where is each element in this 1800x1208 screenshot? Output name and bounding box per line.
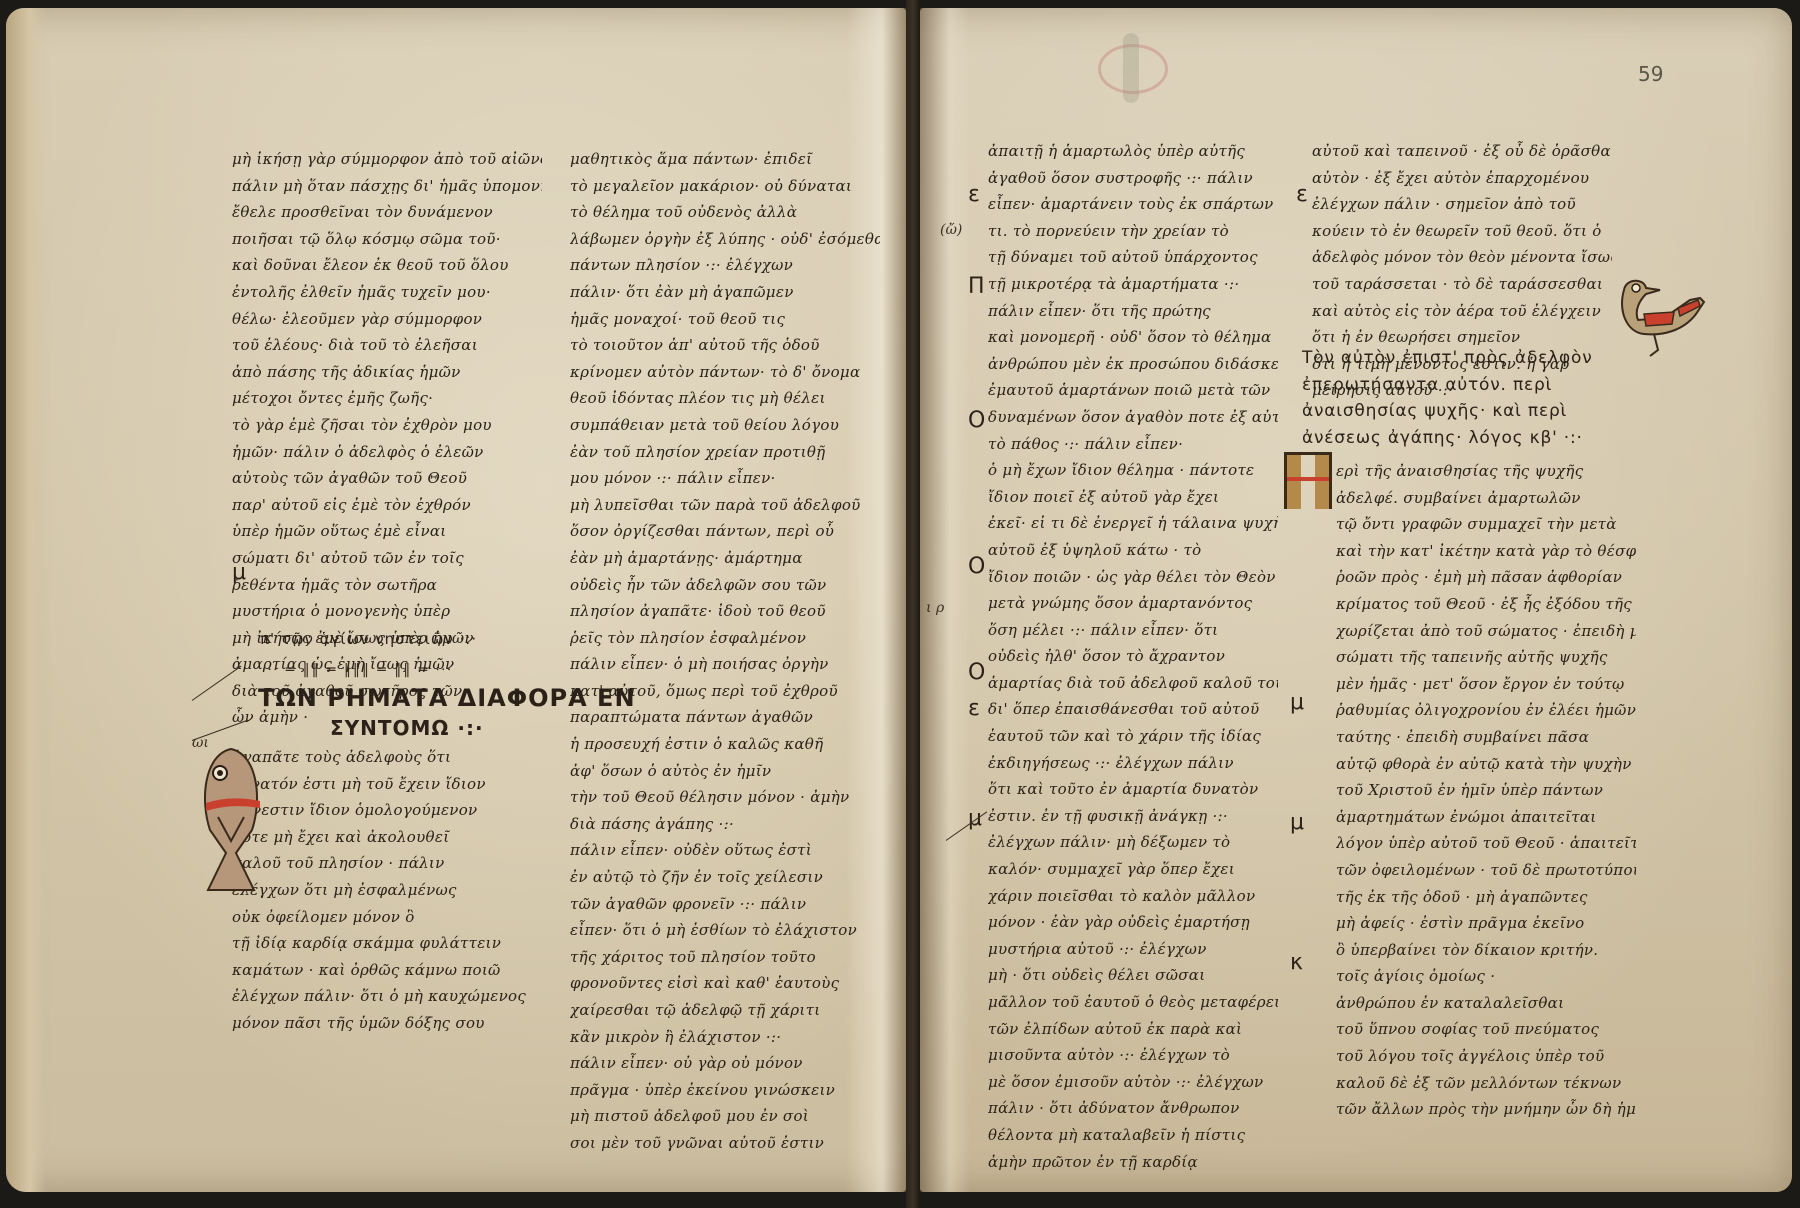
text-line: κἂν μικρὸν ἢ ἐλάχιστον ·:· <box>570 1024 880 1051</box>
text-line: σοι μὲν τοῦ γνῶναι αὐτοῦ ἐστιν <box>570 1130 880 1157</box>
text-line: τῶν ἄλλων πρὸς τὴν μνήμην ὧν δὴ ἡμῖν <box>1336 1096 1636 1123</box>
text-line: πρᾶγμα · ὑπὲρ ἐκείνου γινώσκειν <box>570 1077 880 1104</box>
text-line: ἀγαπᾶτε τοὺς ἀδελφοὺς ὅτι <box>232 744 542 771</box>
text-line: μὴ ἀφείς · ἐστὶν πρᾶγμα ἐκεῖνο <box>1336 910 1636 937</box>
text-line: ἴδιον ποιῶν · ὡς γὰρ θέλει τὸν Θεὸν <box>988 564 1278 591</box>
text-line: μὴ λυπεῖσθαι τῶν παρὰ τοῦ ἀδελφοῦ <box>570 492 880 519</box>
text-line: κούειν τὸ ἐν θεωρεῖν τοῦ θεοῦ. ὅτι ὁ <box>1312 218 1612 245</box>
text-line: ἐν αὐτῷ τὸ ζῆν ἐν τοῖς χείλεσιν <box>570 864 880 891</box>
text-line: φρονοῦντες εἰσὶ καὶ καθ' ἑαυτοὺς <box>570 970 880 997</box>
text-line: τὸ πάθος ·:· πάλιν εἶπεν· <box>988 431 1278 458</box>
text-line: συνεστιν ἴδιον ὁμολογούμενον <box>232 797 542 824</box>
text-line: τῇ ἰδίᾳ καρδίᾳ σκάμμα φυλάττειν <box>232 930 542 957</box>
text-line: πάλιν εἶπεν· ὁ μὴ ποιήσας ὀργὴν <box>570 651 880 678</box>
text-line: μυστήρια ὁ μονογενὴς ὑπὲρ <box>232 598 542 625</box>
text-line: ὅσον ὀργίζεσθαι πάντων, περὶ οὗ <box>570 518 880 545</box>
margin-note: ι ρ <box>926 600 944 616</box>
text-line: μισοῦντα αὐτὸν ·:· ἐλέγχων τὸ <box>988 1042 1278 1069</box>
text-line: θέλοντα μὴ καταλαβεῖν ἡ πίστις <box>988 1122 1278 1149</box>
text-line: ἁμαρτίας διὰ τοῦ ἀδελφοῦ καλοῦ τοῦ <box>988 670 1278 697</box>
text-line: μὲ ὅσον ἐμισοῦν αὐτὸν ·:· ἐλέγχων <box>988 1069 1278 1096</box>
text-line: ἴδιον ποιεῖ ἐξ αὐτοῦ γὰρ ἔχει <box>988 484 1278 511</box>
text-line: καλόν· συμμαχεῖ γὰρ ὅπερ ἔχει <box>988 856 1278 883</box>
text-line: κρίνομεν αὐτὸν πάντων· τὸ δ' ὄνομα <box>570 359 880 386</box>
text-line: αὐτοῦ ἐξ ὑψηλοῦ κάτω · τὸ <box>988 537 1278 564</box>
text-line: ἡμῶν· πάλιν ὁ ἀδελφὸς ὁ ἐλεῶν <box>232 439 542 466</box>
section-heading-continued: ΣΥΝΤΟΜΩ ·:· <box>330 716 484 740</box>
text-line: καλοῦ τοῦ πλησίον · πάλιν <box>232 850 542 877</box>
text-line: ὅτι καὶ τοῦτο ἐν ἀμαρτία δυνατὸν <box>988 776 1278 803</box>
text-line: ὅση μέλει ·:· πάλιν εἶπεν· ὅτι <box>988 617 1278 644</box>
text-line: καὶ δοῦναι ἔλεον ἐκ θεοῦ τοῦ ὅλου <box>232 252 542 279</box>
text-line: ἐλέγχων ὅτι μὴ ἐσφαλμένως <box>232 877 542 904</box>
text-line: καὶ μονομερῆ · οὐδ' ὅσον τὸ θέλημα <box>988 324 1278 351</box>
text-line: ῥαθυμίας ὀλιγοχρονίου ἐν ἐλέει ἡμῶν <box>1336 697 1636 724</box>
text-line: πάλιν εἶπεν· ὅτι τῆς πρώτης <box>988 298 1278 325</box>
text-line: ἀνθρώπου ἐν καταλαλεῖσθαι <box>1336 990 1636 1017</box>
text-line: μυστήρια αὐτοῦ ·:· ἐλέγχων <box>988 936 1278 963</box>
heading-line: ἐπερωτήσαντα αὐτόν. περὶ <box>1302 372 1612 399</box>
text-line: τῶν ὀφειλομένων · τοῦ δὲ πρωτοτύπου <box>1336 857 1636 884</box>
text-line: πλησίον ἀγαπᾶτε· ἰδοὺ τοῦ θεοῦ <box>570 598 880 625</box>
text-line: αὐτῷ φθορὰ ἐν αὐτῷ κατὰ τὴν ψυχὴν <box>1336 751 1636 778</box>
text-line: τῶν ἐλπίδων αὐτοῦ ἐκ παρὰ καὶ <box>988 1016 1278 1043</box>
text-line: παρ' αὐτοῦ εἰς ἐμὲ τὸν ἐχθρόν <box>232 492 542 519</box>
text-line: καμάτων · καὶ ὀρθῶς κάμνω ποιῶ <box>232 957 542 984</box>
text-line: χάριν ποιεῖσθαι τὸ καλὸν μᾶλλον <box>988 883 1278 910</box>
text-line: καὶ αὐτὸς εἰς τὸν ἀέρα τοῦ ἐλέγχειν <box>1312 298 1612 325</box>
rubric-line: π' τῶν ἁγίων νηστειῶν ·:· <box>260 630 477 648</box>
margin-initial: κ <box>1290 950 1303 975</box>
text-line: ἔθελε προσθεῖναι τὸν δυνάμενον <box>232 199 542 226</box>
text-line: πάλιν εἶπεν· οὐ γὰρ οὐ μόνον <box>570 1050 880 1077</box>
folio-number: 59 <box>1638 62 1663 86</box>
text-line: ῥεθέντα ἡμᾶς τὸν σωτῆρα <box>232 572 542 599</box>
text-line: ποτε μὴ ἔχει καὶ ἀκολουθεῖ <box>232 824 542 851</box>
text-line: ὑπὲρ ἡμῶν οὕτως ἐμὲ εἶναι <box>232 518 542 545</box>
bird-drawing-icon <box>1604 270 1724 360</box>
text-line: μετὰ γνώμης ὅσον ἀμαρτανόντος <box>988 590 1278 617</box>
text-line: ἡμᾶς μοναχοί· τοῦ θεοῦ τις <box>570 306 880 333</box>
text-line: τὸ μεγαλεῖον μακάριον· οὐ δύναται <box>570 173 880 200</box>
right-column-2-continued: ερὶ τῆς ἀναισθησίας τῆς ψυχῆςἀδελφέ. συμ… <box>1336 458 1636 1123</box>
heading-line: ἀναισθησίας ψυχῆς· καὶ περὶ <box>1302 398 1612 425</box>
text-line: λόγον ὑπὲρ αὐτοῦ τοῦ Θεοῦ · ἀπαιτεῖται <box>1336 830 1636 857</box>
heading-line: Τὸν αὐτὸν ἐπιστ' πρὸς ἀδελφὸν <box>1302 345 1612 372</box>
text-line: τοῦ ἐλέους· διὰ τοῦ τὸ ἐλεῆσαι <box>232 332 542 359</box>
text-line: αὐτοὺς τῶν ἀγαθῶν τοῦ Θεοῦ <box>232 465 542 492</box>
text-line: ἀφ' ὅσων ὁ αὐτὸς ἐν ἡμῖν <box>570 758 880 785</box>
text-line: ἐλέγχων πάλιν · σημεῖον ἀπὸ τοῦ <box>1312 191 1612 218</box>
margin-initial: Ο <box>968 408 985 433</box>
book-spine <box>906 0 920 1208</box>
text-line: πάντων πλησίον ·:· ἐλέγχων <box>570 252 880 279</box>
heading-line: ἀνέσεως ἀγάπης· λόγος κβ' ·:· <box>1302 425 1612 452</box>
text-line: τῆς χάριτος τοῦ πλησίον τοῦτο <box>570 944 880 971</box>
text-line: ἐκδιηγήσεως ·:· ἐλέγχων πάλιν <box>988 750 1278 777</box>
text-line: μὴ · ὅτι οὐδεὶς θέλει σῶσαι <box>988 962 1278 989</box>
text-line: τοῦ ὕπνου σοφίας τοῦ πνεύματος <box>1336 1016 1636 1043</box>
text-line: ὁ μὴ ἔχων ἴδιον θέλημα · πάντοτε <box>988 457 1278 484</box>
text-line: ῥεῖς τὸν πλησίον ἐσφαλμένον <box>570 625 880 652</box>
text-line: ερὶ τῆς ἀναισθησίας τῆς ψυχῆς <box>1336 458 1636 485</box>
text-line: ἀδελφέ. συμβαίνει ἀμαρτωλῶν <box>1336 485 1636 512</box>
text-line: ταύτης · ἐπειδὴ συμβαίνει πᾶσα <box>1336 724 1636 751</box>
text-line: τῶν ἀγαθῶν φρονεῖν ·:· πάλιν <box>570 891 880 918</box>
text-line: ἐὰν τοῦ πλησίον χρείαν προτιθῇ <box>570 439 880 466</box>
text-line: ἁμαρτημάτων ἐνώμοι ἀπαιτεῖται <box>1336 804 1636 831</box>
text-line: παραπτώματα πάντων ἀγαθῶν <box>570 704 880 731</box>
text-line: χαίρεσθαι τῷ ἀδελφῷ τῇ χάριτι <box>570 997 880 1024</box>
text-line: τῇ μικροτέρᾳ τὰ ἀμαρτήματα ·:· <box>988 271 1278 298</box>
text-line: ἑαυτοῦ τῶν καὶ τὸ χάριν τῆς ἰδίας <box>988 723 1278 750</box>
text-line: τὸ τοιοῦτον ἀπ' αὐτοῦ τῆς ὁδοῦ <box>570 332 880 359</box>
text-line: ῥοῶν πρὸς · ἐμὴ μὴ πᾶσαν ἀφθορίαν <box>1336 564 1636 591</box>
text-line: σώματι τῆς ταπεινῆς αὐτῆς ψυχῆς <box>1336 644 1636 671</box>
text-line: τοῦ Χριστοῦ ἐν ἡμῖν ὑπὲρ πάντων <box>1336 777 1636 804</box>
text-line: μόνον · ἐὰν γὰρ οὐδεὶς ἐμαρτήσῃ <box>988 909 1278 936</box>
text-line: μαθητικὸς ἅμα πάντων· ἐπιδεῖ <box>570 146 880 173</box>
text-line: σώματι δι' αὐτοῦ τῶν ἐν τοῖς <box>232 545 542 572</box>
text-line: δυνατόν ἐστι μὴ τοῦ ἔχειν ἴδιον <box>232 771 542 798</box>
text-line: μου μόνον ·:· πάλιν εἶπεν· <box>570 465 880 492</box>
decorative-band: ⸱⸱⸱ ═ ‖‖ ═ ‖‖‖ ═ ‖‖ ═ ⸱⸱⸱ <box>262 660 453 679</box>
text-line: ἀγαθοῦ ὅσον συστροφῆς ·:· πάλιν <box>988 165 1278 192</box>
text-line: κατ' αὐτοῦ, ὅμως περὶ τοῦ ἐχθροῦ <box>570 678 880 705</box>
text-line: εἶπεν· ὅτι ὁ μὴ ἐσθίων τὸ ἐλάχιστον <box>570 917 880 944</box>
text-line: θεοῦ ἰδόντας πλέον τις μὴ θέλει <box>570 385 880 412</box>
text-line: ἐστιν. ἐν τῇ φυσικῇ ἀνάγκῃ ·:· <box>988 803 1278 830</box>
text-line: μόνον πᾶσι τῆς ὑμῶν δόξης σου <box>232 1010 542 1037</box>
text-line: ἐντολῆς ἐλθεῖν ἡμᾶς τυχεῖν μου· <box>232 279 542 306</box>
margin-initial: μ <box>1290 690 1304 715</box>
text-line: πάλιν εἶπεν· οὐδὲν οὕτως ἐστὶ <box>570 837 880 864</box>
text-line: χωρίζεται ἀπὸ τοῦ σώματος · ἐπειδὴ μὴ <box>1336 618 1636 645</box>
chapter-heading: Τὸν αὐτὸν ἐπιστ' πρὸς ἀδελφὸνἐπερωτήσαντ… <box>1302 345 1612 451</box>
text-line: δι' ὅπερ ἐπαισθάνεσθαι τοῦ αὐτοῦ <box>988 696 1278 723</box>
text-line: πάλιν· ὅτι ἐὰν μὴ ἀγαπῶμεν <box>570 279 880 306</box>
text-line: δυναμένων ὅσον ἀγαθὸν ποτε ἐξ αὐτοῦ <box>988 404 1278 431</box>
left-column-2: μαθητικὸς ἅμα πάντων· ἐπιδεῖτὸ μεγαλεῖον… <box>570 146 880 1157</box>
fish-drawing-icon <box>196 745 266 895</box>
text-line: εἶπεν· ἀμαρτάνειν τοὺς ἐκ σπάρτων <box>988 191 1278 218</box>
text-line: αὐτοῦ καὶ ταπεινοῦ · ἐξ οὗ δὲ ὁρᾶσθαι <box>1312 138 1612 165</box>
text-line: τὸ θέλημα τοῦ οὐδενὸς ἀλλὰ <box>570 199 880 226</box>
text-line: ἀπαιτῇ ἡ ἁμαρτωλὸς ὑπὲρ αὐτῆς <box>988 138 1278 165</box>
text-line: τι. τὸ πορνεύειν τὴν χρείαν τὸ <box>988 218 1278 245</box>
text-line: τῇ δύναμει τοῦ αὐτοῦ ὑπάρχοντος <box>988 244 1278 271</box>
margin-initial: Π <box>968 274 985 299</box>
text-line: ἐλέγχων πάλιν· ὅτι ὁ μὴ καυχώμενος <box>232 983 542 1010</box>
margin-initial: ε <box>968 696 980 721</box>
text-line: οὐδεὶς ἠλθ' ὅσον τὸ ἄχραντον <box>988 643 1278 670</box>
text-line: ἀδελφὸς μόνον τὸν θεὸν μένοντα ἴσως <box>1312 244 1612 271</box>
text-line: κρίματος τοῦ Θεοῦ · ἐξ ἧς ἐξόδου τῆς ψυχ… <box>1336 591 1636 618</box>
text-line: μέτοχοι ὄντες ἐμῆς ζωῆς· <box>232 385 542 412</box>
text-line: θέλω· ἐλεοῦμεν γὰρ σύμμορφον <box>232 306 542 333</box>
text-line: ποιῆσαι τῷ ὅλῳ κόσμῳ σῶμα τοῦ· <box>232 226 542 253</box>
text-line: οὐδεὶς ἦν τῶν ἀδελφῶν σου τῶν <box>570 572 880 599</box>
text-line: μᾶλλον τοῦ ἐαυτοῦ ὁ θεὸς μεταφέρειν <box>988 989 1278 1016</box>
text-line: ἐκεῖ· εἰ τι δὲ ἐνεργεῖ ἡ τάλαινα ψυχὴ <box>988 510 1278 537</box>
text-line: ἀνθρώπου μὲν ἐκ προσώπου διδάσκειν <box>988 351 1278 378</box>
margin-initial: μ <box>232 560 246 585</box>
text-line: καλοῦ δὲ ἐξ τῶν μελλόντων τέκνων <box>1336 1070 1636 1097</box>
text-line: τῷ ὄντι γραφῶν συμμαχεῖ τὴν μετὰ <box>1336 511 1636 538</box>
text-line: τοῦ ταράσσεται · τὸ δὲ ταράσσεσθαι <box>1312 271 1612 298</box>
manuscript-spread: μὴ ἰκήσῃ γὰρ σύμμορφον ἀπὸ τοῦ αἰῶνος·πά… <box>0 0 1800 1208</box>
text-line: μὴ ἰκήσῃ γὰρ σύμμορφον ἀπὸ τοῦ αἰῶνος· <box>232 146 542 173</box>
text-line: λάβωμεν ὀργὴν ἐξ λύπης · οὐδ' ἐσόμεθα <box>570 226 880 253</box>
text-line: ἐμαυτοῦ ἁμαρτάνων ποιῶ μετὰ τῶν <box>988 377 1278 404</box>
text-line: ἡ προσευχή ἐστιν ὁ καλῶς καθῆ <box>570 731 880 758</box>
text-line: ἀμὴν πρῶτον ἐν τῇ καρδίᾳ <box>988 1149 1278 1176</box>
text-line: ἐὰν μὴ ἁμαρτάνῃς· ἀμάρτημα <box>570 545 880 572</box>
text-line: τὴν τοῦ Θεοῦ θέλησιν μόνον · ἀμὴν <box>570 784 880 811</box>
text-line: τῆς ἐκ τῆς ὁδοῦ · μὴ ἀγαπῶντες <box>1336 884 1636 911</box>
margin-initial: ε <box>1296 182 1308 207</box>
text-line: συμπάθειαν μετὰ τοῦ θείου λόγου <box>570 412 880 439</box>
margin-initial: μ <box>1290 810 1304 835</box>
text-line: μὴ πιστοῦ ἀδελφοῦ μου ἐν σοὶ <box>570 1103 880 1130</box>
text-line: τοῦ λόγου τοῖς ἀγγέλοις ὑπὲρ τοῦ <box>1336 1043 1636 1070</box>
cross-stain-mark <box>1098 44 1168 94</box>
left-column-1-continued: ἀγαπᾶτε τοὺς ἀδελφοὺς ὅτιδυνατόν ἐστι μὴ… <box>232 744 542 1037</box>
text-line: τὸ γὰρ ἐμὲ ζῆσαι τὸν ἐχθρὸν μου <box>232 412 542 439</box>
text-line: πάλιν · ὅτι ἀδύνατον ἄνθρωπον <box>988 1095 1278 1122</box>
text-line: μὲν ἡμᾶς · μετ' ὅσον ἔργον ἐν τούτῳ <box>1336 671 1636 698</box>
right-column-1: ἀπαιτῇ ἡ ἁμαρτωλὸς ὑπὲρ αὐτῆςἀγαθοῦ ὅσον… <box>988 138 1278 1175</box>
text-line: οὐκ ὀφείλομεν μόνον ὃ <box>232 904 542 931</box>
text-line: ἐλέγχων πάλιν· μὴ δέξωμεν τὸ <box>988 829 1278 856</box>
text-line: πάλιν μὴ ὅταν πάσχῃς δι' ἡμᾶς ὑπομονῆς, <box>232 173 542 200</box>
text-line: διὰ πάσης ἀγάπης ·:· <box>570 811 880 838</box>
margin-note: (ὤ) <box>940 222 962 238</box>
margin-initial: Ο <box>968 660 985 685</box>
text-line: τοῖς ἁγίοις ὁμοίως · <box>1336 963 1636 990</box>
text-line: αὐτὸν · ἐξ ἔχει αὐτὸν ἐπαρχομένου <box>1312 165 1612 192</box>
margin-initial: ε <box>968 182 980 207</box>
text-line: ἀπὸ πάσης τῆς ἀδικίας ἡμῶν <box>232 359 542 386</box>
text-line: ὃ ὑπερβαίνει τὸν δίκαιον κριτήν. <box>1336 937 1636 964</box>
decorated-initial-pi <box>1284 452 1332 509</box>
margin-initial: Ο <box>968 554 985 579</box>
text-line: καὶ τὴν κατ' ἰκέτην κατὰ γὰρ τὸ θέσφατον <box>1336 538 1636 565</box>
